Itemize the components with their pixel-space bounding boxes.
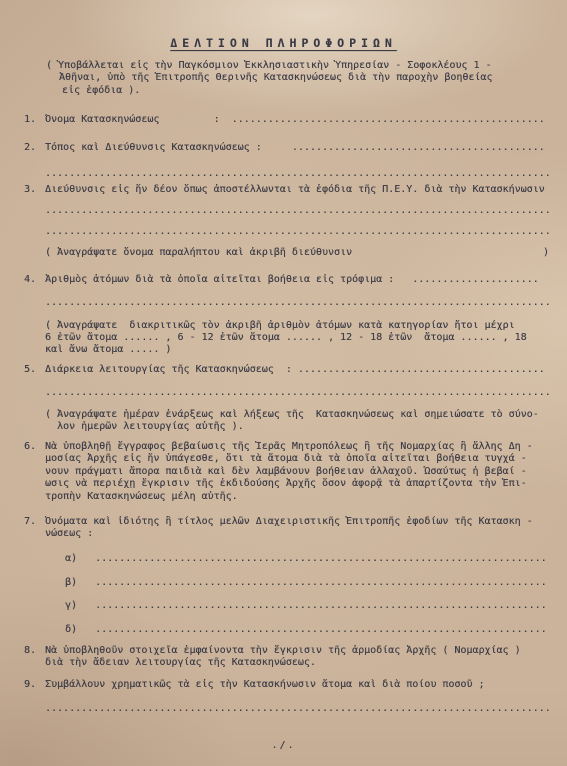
item-1-label-with-answer-line: Ὄνομα Κατασκηνώσεως : ..................… [45,114,549,126]
item-3-dotted-answer-line-2: ........................................… [45,226,549,238]
item-2-number: 2. [24,142,45,154]
item-5-note-line-2: λον ἡμερῶν λειτουργίας αὐτῆς ). [45,421,549,433]
item-1-row: 1. Ὄνομα Κατασκηνώσεως : ...............… [24,114,549,126]
item-8-row: 8. Νὰ ὑποβληθοῦν στοιχεῖα ἐμφαίνοντα τὴν… [24,645,549,670]
item-3-label: Διεύθυνσις εἰς ἥν δέον ὅπως ἀποστέλλωντα… [45,184,549,196]
item-4-number: 4. [24,274,45,286]
item-7-beta-answer-line: β) .....................................… [65,577,549,589]
item-9-label: Συμβάλλουν χρηματικῶς τὰ εἰς τὴν Κατασκή… [45,679,549,691]
item-9-row: 9. Συμβάλλουν χρηματικῶς τὰ εἰς τὴν Κατα… [24,679,549,691]
item-4-note: ( Ἀναγράψατε διακριτικῶς τὸν ἀκριβῆ ἀριθ… [45,320,549,357]
item-5-note: ( Ἀναγράψατε ἡμέραν ἐνάρξεως καὶ λήξεως … [45,409,549,433]
item-4-note-line-1: ( Ἀναγράψατε διακριτικῶς τὸν ἀκριβῆ ἀριθ… [45,320,549,332]
form-title: ΔΕΛΤΙΟΝ ΠΛΗΡΟΦΟΡΙΩΝ [0,36,567,50]
item-5-label-with-answer-line: Διάρκεια λειτουργίας τῆς Κατασκηνώσεως :… [45,364,549,376]
item-6-number: 6. [24,441,45,503]
item-8-line-2: διὰ τὴν ἄδειαν λειτουργίας τῆς Κατασκηνώ… [45,657,549,669]
item-2-label-with-answer-line: Τόπος καὶ Διεύθυνσις Κατασκηνώσεως : ...… [45,142,549,154]
item-6-line-2: μοσίας Ἀρχῆς εἰς ἥν ὑπάγεσθε, ὅτι τὰ ἄτο… [45,453,549,465]
item-8-line-1: Νὰ ὑποβληθοῦν στοιχεῖα ἐμφαίνοντα τὴν ἔγ… [45,645,549,657]
item-3-row: 3. Διεύθυνσις εἰς ἥν δέον ὅπως ἀποστέλλω… [24,184,549,196]
item-3-note-close-paren: ) [543,247,549,259]
item-5-dotted-answer-line: ........................................… [45,387,549,399]
item-6-line-5: τροπὴν Κατασκηνώσεως μέλη αὐτῆς. [45,491,549,503]
item-7-row: 7. Ὀνόματα καὶ ἰδιότης ἢ τίτλος μελῶν Δι… [24,516,549,541]
page-continuation-mark: ./. [0,740,567,751]
item-4-dotted-answer-line: ........................................… [45,297,549,309]
scanned-form-page: ΔΕΛΤΙΟΝ ΠΛΗΡΟΦΟΡΙΩΝ ( Ὑποβάλλεται εἰς τὴ… [0,0,567,766]
item-5-note-line-1: ( Ἀναγράψατε ἡμέραν ἐνάρξεως καὶ λήξεως … [45,409,549,421]
submission-note-line-3: εἰς ἐφόδια ). [46,85,553,97]
item-9-dotted-answer-line: ........................................… [45,703,549,715]
item-7-delta-answer-line: δ) .....................................… [65,624,549,636]
item-6-line-3: νουν πράγματι ἄπορα παιδιὰ καὶ δὲν λαμβά… [45,466,549,478]
submission-note-line-2: Ἀθῆναι, ὑπὸ τῆς Ἐπιτροπῆς Θερινῆς Κατασκ… [46,72,553,84]
item-5-number: 5. [24,364,45,376]
item-6-line-1: Νὰ ὑποβληθῇ ἔγγραφος βεβαίωσις τῆς Ἱερᾶς… [45,441,549,453]
item-4-note-line-3: καὶ ἄνω ἄτομα ..... ) [45,344,549,356]
item-4-note-line-2: 6 ἐτῶν ἄτομα ...... , 6 - 12 ἐτῶν ἄτομα … [45,332,549,344]
item-2-row: 2. Τόπος καὶ Διεύθυνσις Κατασκηνώσεως : … [24,142,549,154]
item-3-note: ( Ἀναγράψατε ὄνομα παραλήπτου καὶ ἀκριβῆ… [45,247,549,259]
item-7-alpha-answer-line: α) .....................................… [65,553,549,565]
item-7-line-1: Ὀνόματα καὶ ἰδιότης ἢ τίτλος μελῶν Διαχε… [45,516,549,528]
item-4-row: 4. Ἀριθμὸς ἀτόμων διὰ τὰ ὁποῖα αἰτεῖται … [24,274,549,286]
item-3-dotted-answer-line-1: ........................................… [45,205,549,217]
item-5-row: 5. Διάρκεια λειτουργίας τῆς Κατασκηνώσεω… [24,364,549,376]
item-4-label-with-answer-line: Ἀριθμὸς ἀτόμων διὰ τὰ ὁποῖα αἰτεῖται βοή… [45,274,549,286]
submission-note-line-1: ( Ὑποβάλλεται εἰς τὴν Παγκόσμιον Ἐκκλησι… [46,60,553,72]
item-6-line-4: ωσις νὰ περιέχῃ ἔγκρισιν τῆς ἐκδιδούσης … [45,478,549,490]
item-2-dotted-answer-line: ........................................… [45,168,549,180]
item-6-row: 6. Νὰ ὑποβληθῇ ἔγγραφος βεβαίωσις τῆς Ἱε… [24,441,549,503]
item-7-gamma-answer-line: γ) .....................................… [65,600,549,612]
item-1-number: 1. [24,114,45,126]
item-7-number: 7. [24,516,45,541]
submission-note: ( Ὑποβάλλεται εἰς τὴν Παγκόσμιον Ἐκκλησι… [46,60,553,97]
item-7-line-2: νώσεως : [45,528,549,540]
item-3-number: 3. [24,184,45,196]
item-9-number: 9. [24,679,45,691]
item-3-note-text: ( Ἀναγράψατε ὄνομα παραλήπτου καὶ ἀκριβῆ… [45,247,543,259]
item-8-number: 8. [24,645,45,670]
